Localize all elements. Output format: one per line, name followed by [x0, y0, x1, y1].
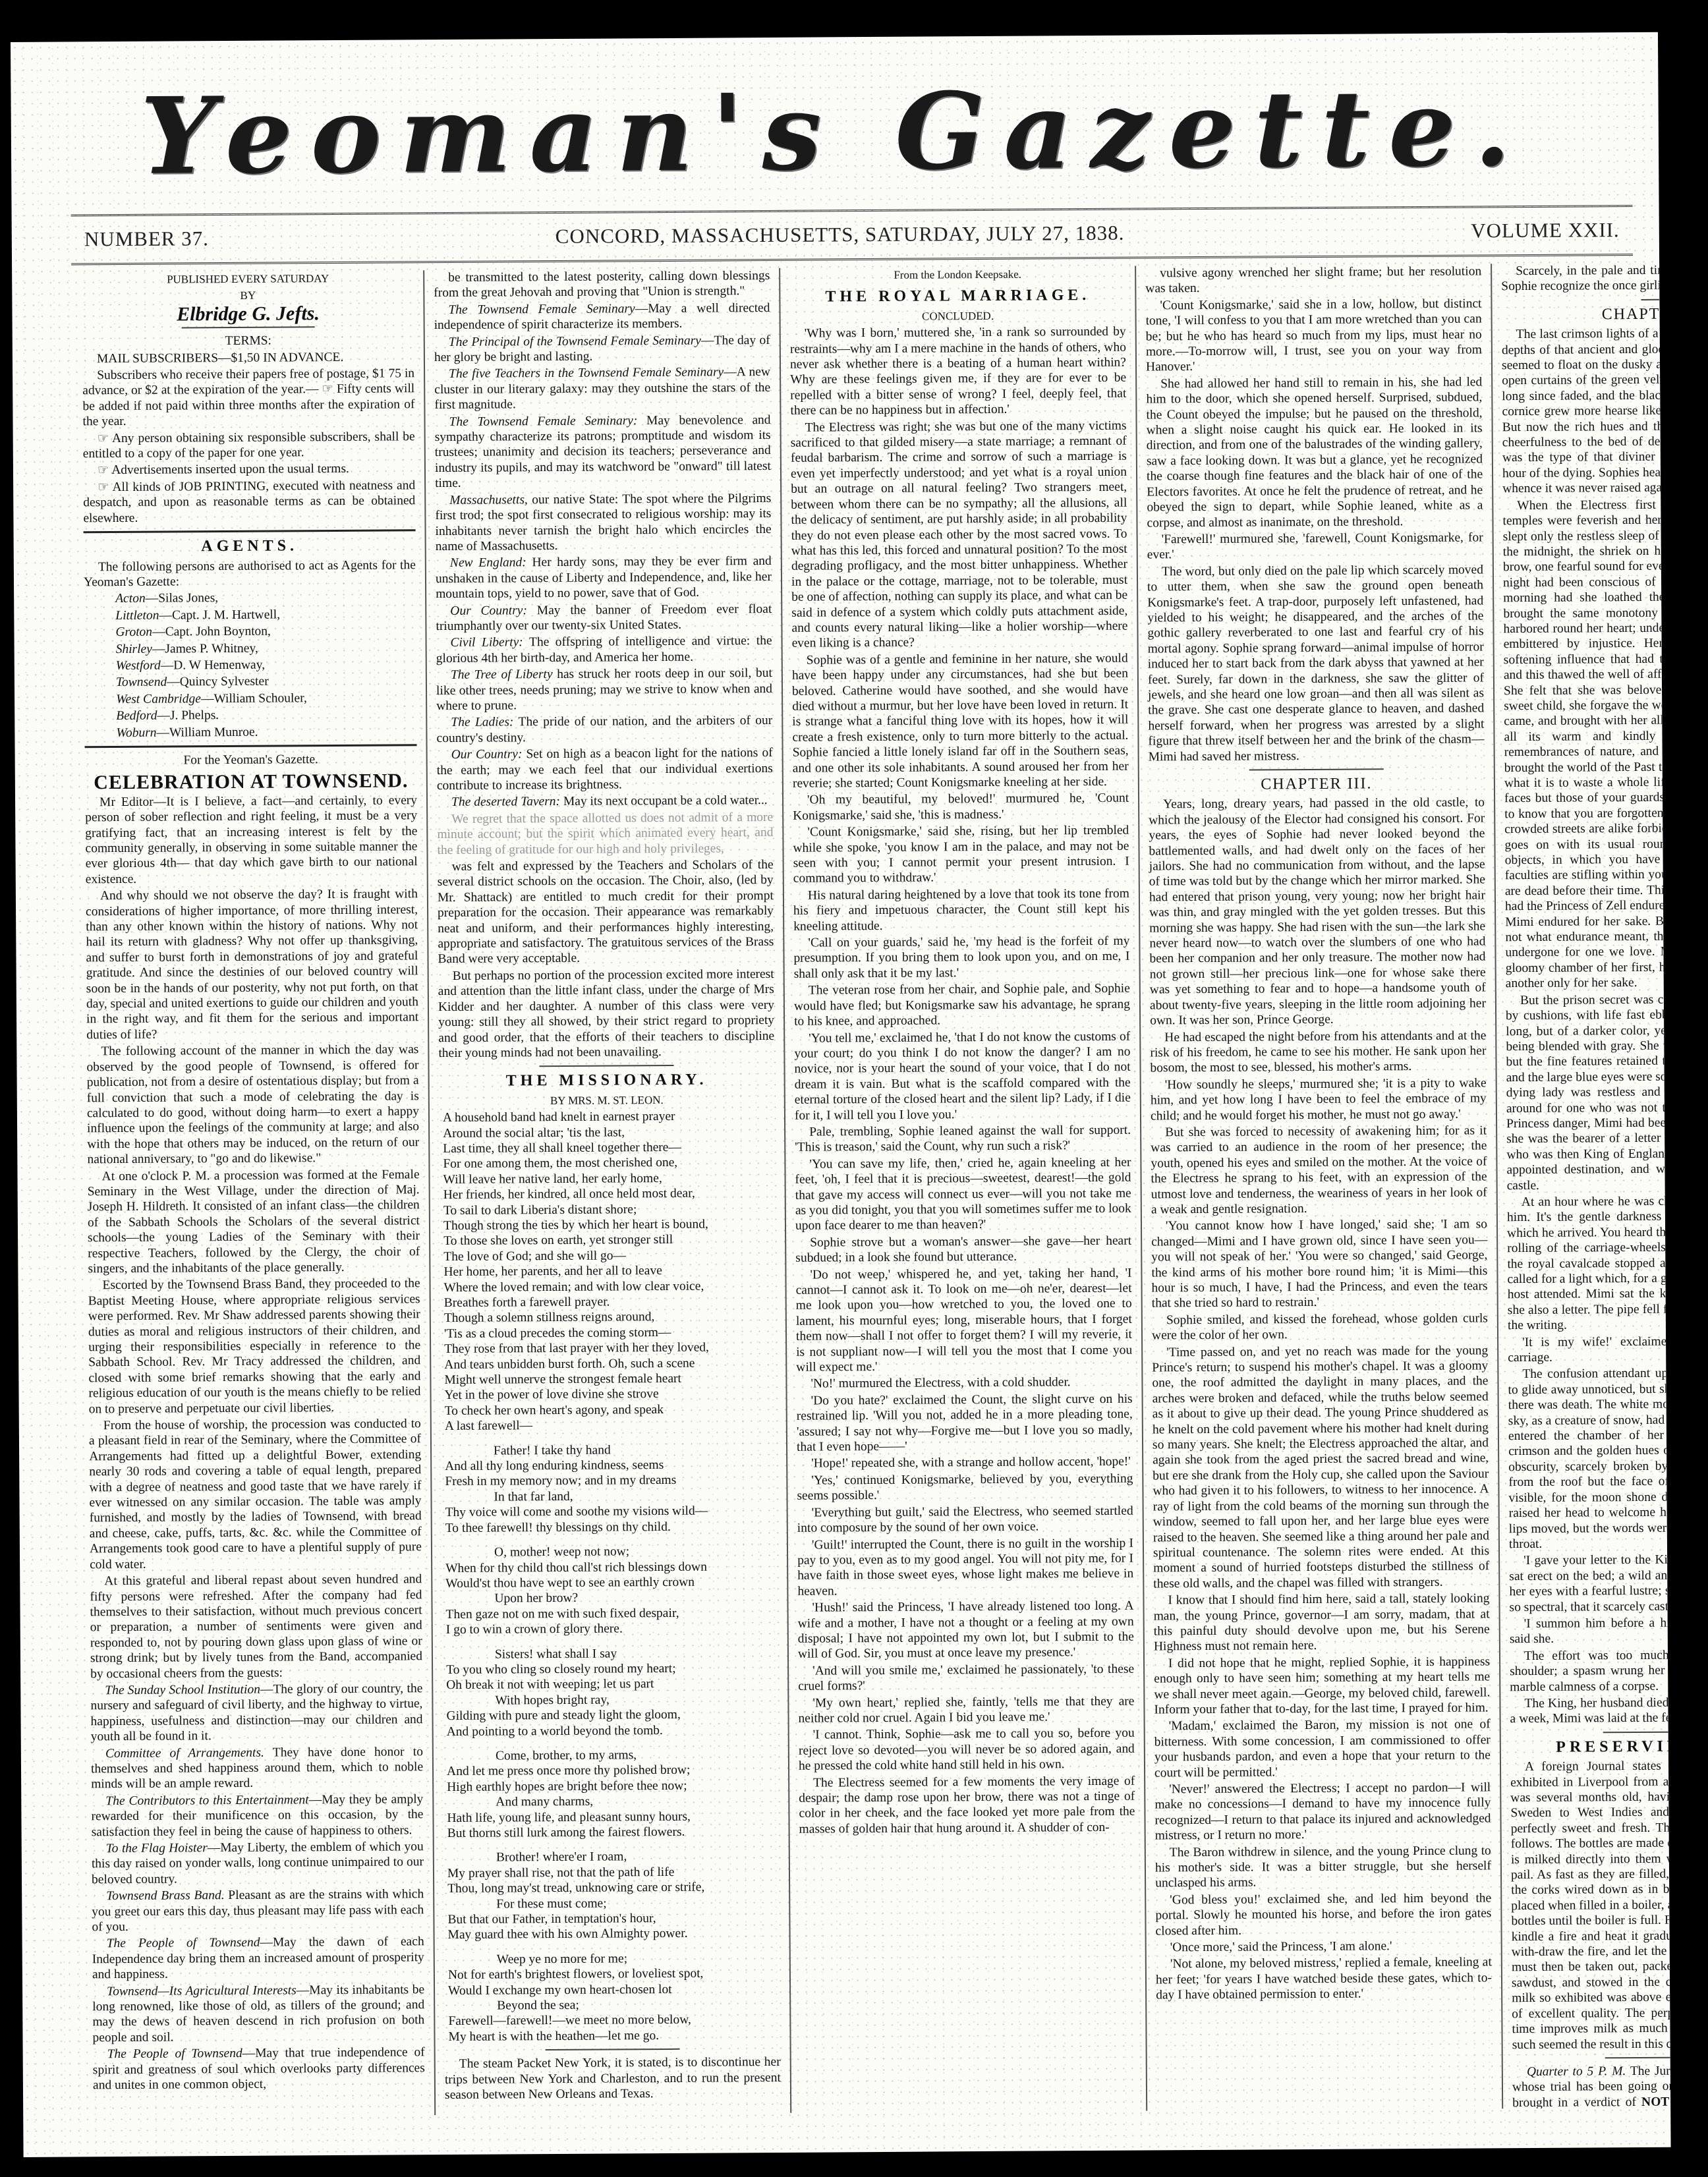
paragraph: Pale, trembling, Sophie leaned against t… [795, 1123, 1131, 1156]
paragraph: Around the social altar; 'tis the last, [439, 1123, 775, 1141]
paragraph: vulsive agony wrenched her slight frame;… [1145, 264, 1481, 297]
agent-town: Littleton [115, 608, 159, 622]
verse-line: With hopes bright ray, [442, 1691, 778, 1709]
poem-author: BY MRS. M. ST. LEON. [439, 1092, 775, 1110]
faded-paragraph: We regret that the space allotted us doe… [437, 810, 773, 858]
verse-line: I go to win a crown of glory there. [442, 1620, 778, 1638]
paragraph: 'Count Konigsmarke,' said she in a low, … [1145, 296, 1482, 375]
paragraph: 'My own heart,' replied she, faintly, 't… [798, 1693, 1134, 1726]
paragraph: 'You tell me,' exclaimed he, 'that I do … [794, 1029, 1131, 1123]
paragraph: She had allowed her hand still to remain… [1146, 374, 1483, 530]
columns: PUBLISHED EVERY SATURDAY BY Elbridge G. … [72, 263, 1652, 2117]
divider [85, 744, 417, 748]
paragraph: To sail to dark Liberia's distant shore; [440, 1201, 776, 1219]
agent-entry: Littleton—Capt. J. M. Hartwell, [84, 606, 416, 623]
toast-lead: The deserted Tavern: [451, 795, 560, 809]
paragraph: was felt and expressed by the Teachers a… [438, 857, 774, 967]
verse-line: O, mother! weep not now; [441, 1543, 778, 1561]
agent-entry: West Cambridge—William Schouler, [84, 690, 416, 707]
chapter-4-text: The last crimson lights of a summer suns… [1502, 325, 1671, 1727]
verse-line: For these must come; [443, 1895, 780, 1913]
verse-line: And let me press once more thy polished … [443, 1762, 779, 1780]
paragraph: Escorted by the Townsend Brass Band, the… [88, 1276, 420, 1417]
paragraph: 'How soundly he sleeps,' murmured she; '… [1151, 1075, 1487, 1123]
agent-name: William Schouler, [213, 691, 307, 706]
agent-town: Shirley [116, 642, 152, 656]
paragraph: A last farewell— [441, 1417, 777, 1434]
paragraph: 'Madam,' exclaimed the Baron, my mission… [1154, 1717, 1491, 1781]
publisher-name: Elbridge G. Jefts. [82, 305, 414, 322]
paragraph: The following account of the manner in w… [86, 1042, 419, 1168]
paragraph: They rose from that last prayer with her… [440, 1340, 776, 1357]
paragraph: Where the loved remain; and with low cle… [440, 1278, 776, 1296]
agent-entry: Acton—Silas Jones, [84, 590, 416, 607]
paragraph: To check her own heart's agony, and spea… [441, 1401, 777, 1419]
newspaper-page: Yeoman's Gazette. NUMBER 37. CONCORD, MA… [11, 32, 1671, 2157]
paragraph: Sophie smiled, and kissed the forehead, … [1152, 1311, 1488, 1343]
toast-lead: To the Flag Hoister [106, 1841, 208, 1855]
verse-line: High earthly hopes are bright before the… [443, 1778, 779, 1795]
poem-title: THE MISSIONARY. [439, 1072, 775, 1090]
paragraph: When the Electress first rested on that … [1502, 496, 1670, 992]
toast-item: To the Flag Hoister—May Liberty, the emb… [92, 1839, 424, 1887]
paragraph: Though a solemn stillness reigns around, [440, 1309, 776, 1326]
royal-marriage-text: 'Why was I born,' muttered she, 'in a ra… [790, 324, 1135, 1837]
verse-line: Would I exchange my own heart-chosen lot [444, 1981, 780, 1999]
paragraph: ☞ Any person obtaining six responsible s… [83, 429, 415, 462]
celebration-article: Mr Editor—It is I believe, a fact—and ce… [85, 793, 422, 1682]
milk-article: A foreign Journal states that some milk … [1510, 1757, 1671, 2052]
paragraph: But the prison secret was closing. Sophi… [1506, 991, 1671, 1193]
paragraph: 'I gave your letter to the King,' whispe… [1509, 1552, 1671, 1615]
toast-lead: Townsend Brass Band. [106, 1888, 224, 1903]
toast-item: The Tree of Liberty has struck her roots… [436, 665, 772, 714]
agent-name: Quincy Sylvester [180, 675, 269, 689]
toast-item: The Principal of the Townsend Female Sem… [434, 333, 770, 366]
story-source: From the London Keepsake. [789, 266, 1125, 284]
dateline: NUMBER 37. CONCORD, MASSACHUSETTS, SATUR… [84, 218, 1620, 251]
toast-lead: The People of Townsend [107, 2047, 242, 2061]
toast-lead: Our Country: [451, 747, 523, 762]
agents-list: Acton—Silas Jones,Littleton—Capt. J. M. … [84, 590, 416, 741]
toast-item: Massachusetts, our native State: The spo… [435, 491, 772, 555]
verdict: NOT GUILTY [1641, 2095, 1671, 2108]
agent-town: Bedford [116, 709, 157, 723]
paragraph: ☞ Advertisements inserted upon the usual… [83, 461, 415, 478]
terms-heading: TERMS: [82, 332, 414, 349]
verse-line: And many charms, [443, 1793, 779, 1811]
toast-lead: The Townsend Female Seminary [448, 302, 635, 317]
paragraph: Years, long, dreary years, had passed in… [1149, 795, 1486, 1029]
jury-note: Quarter to 5 P. M. The Jury in the case … [1512, 2062, 1671, 2108]
verse-line: But that our Father, in temptation's hou… [443, 1910, 780, 1928]
toast-lead: The Contributors to this Entertainment [105, 1793, 309, 1808]
verse-line: To you who cling so closely round my hea… [442, 1660, 778, 1678]
column-3: From the London Keepsake. THE ROYAL MARR… [779, 266, 1146, 2113]
agent-name: Silas Jones, [158, 591, 218, 606]
paragraph: The King, her husband died at the same h… [1510, 1694, 1670, 1727]
toast-lead: The Ladies: [451, 716, 513, 730]
story-subtitle: CONCLUDED. [789, 307, 1125, 325]
divider [546, 2049, 680, 2050]
toast-item: Townsend—Its Agricultural Interests—May … [92, 1982, 425, 2046]
volume-number: VOLUME XXII. [1471, 218, 1620, 242]
agent-town: Townsend [116, 675, 167, 689]
paragraph: 'Once more,' said the Princess, 'I am al… [1156, 1938, 1492, 1956]
toast-lead: Civil Liberty: [451, 636, 523, 650]
paragraph: To those she loves on earth, yet stronge… [440, 1231, 776, 1249]
agent-entry: Townsend—Quincy Sylvester [84, 673, 416, 691]
divider [182, 326, 315, 328]
poem-intro: A household band had knelt in earnest pr… [439, 1108, 777, 1434]
agent-entry: Groton—Capt. John Boynton, [84, 623, 416, 640]
toast-item: Committee of Arrangements. They have don… [91, 1744, 423, 1792]
paragraph: Sophie strove but a woman's answer—she g… [795, 1233, 1131, 1266]
paragraph: He had escaped the night before from his… [1150, 1028, 1486, 1076]
toast-item: The Contributors to this Entertainment—M… [91, 1792, 423, 1840]
divider [1603, 1731, 1671, 1733]
verse-line: Then gaze not on me with such fixed desp… [442, 1605, 778, 1623]
verse-line: Sisters! what shall I say [442, 1645, 778, 1662]
article-continuation: be transmitted to the latest posterity, … [434, 268, 770, 301]
paragraph: 'Farewell!' murmured she, 'farewell, Cou… [1147, 530, 1483, 563]
agent-dash: — [201, 692, 214, 706]
celebration-heading: CELEBRATION AT TOWNSEND. [85, 774, 417, 791]
toast-lead: The Principal of the Townsend Female Sem… [449, 333, 701, 349]
steam-packet-note: The steam Packet New York, it is stated,… [445, 2054, 781, 2103]
paragraph: 'Hope!' repeated she, with a strange and… [797, 1454, 1133, 1472]
verse-line: Fresh in my memory now; and in my dreams [441, 1472, 777, 1490]
agent-name: D. W Hemenway, [173, 658, 265, 673]
royal-marriage-continued: vulsive agony wrenched her slight frame;… [1145, 264, 1485, 764]
toast-item: Townsend Brass Band. Pleasant as are the… [92, 1886, 424, 1935]
paragraph: 'Call on your guards,' said he, 'my head… [793, 934, 1129, 982]
chapter-heading: CHAPTER III. [1149, 776, 1485, 793]
paragraph: 'Do you hate?' exclaimed the Count, the … [797, 1391, 1133, 1455]
toast-item: The People of Townsend—May the dawn of e… [92, 1935, 424, 1983]
paragraph: But she was forced to necessity of awake… [1151, 1123, 1487, 1218]
paragraph: And tears unbidden burst forth. Oh, such… [440, 1355, 776, 1373]
for-gazette-line: For the Yeoman's Gazette. [85, 751, 417, 768]
toast-lead: The Townsend Female Seminary: [449, 414, 637, 429]
divider [84, 529, 416, 533]
paragraph: And why should we not observe the day? I… [86, 886, 418, 1042]
toast-item: The Sunday School Institution—The glory … [90, 1681, 423, 1745]
verse-line: Gilding with pure and steady light the g… [442, 1707, 778, 1724]
paragraph: Subscribers who receive their papers fre… [82, 366, 415, 430]
dateline-rule [71, 254, 1633, 265]
toast-item: Our Country: Set on high as a beacon lig… [437, 745, 773, 793]
issue-number: NUMBER 37. [84, 227, 209, 251]
paragraph: Though strong the ties by which her hear… [440, 1216, 776, 1234]
agent-dash: — [161, 658, 174, 672]
chapter-heading: CHAPTER IV. [1502, 306, 1671, 323]
verse-line: And all thy long enduring kindness, seem… [441, 1457, 777, 1475]
agent-name: James P. Whitney, [165, 641, 258, 656]
procession-article: was felt and expressed by the Teachers a… [438, 857, 775, 1061]
paragraph: The effort was too much, and she sank on… [1510, 1647, 1671, 1695]
paragraph: 'Hush!' said the Princess, 'I have alrea… [797, 1598, 1134, 1662]
paragraph: I did not hope that he might, replied So… [1154, 1654, 1491, 1718]
milk-heading: PRESERVING MILK. [1510, 1738, 1671, 1755]
paragraph: The Electress was right; she was but one… [791, 418, 1128, 651]
toast-lead: The five Teachers in the Townsend Female… [449, 366, 724, 382]
agents-heading: AGENTS. [84, 538, 416, 555]
paragraph: At an hour where he was changing horses,… [1507, 1193, 1671, 1334]
paragraph: The confusion attendant upon the illness… [1508, 1365, 1670, 1552]
agent-dash: — [152, 642, 165, 656]
agent-dash: — [157, 709, 170, 723]
agent-entry: Bedford—J. Phelps. [84, 706, 416, 723]
toast-lead: Our Country: [450, 604, 527, 618]
published-line: PUBLISHED EVERY SATURDAY [82, 270, 414, 287]
toast-item: The deserted Tavern: May its next occupa… [437, 793, 773, 810]
paragraph: Her home, her parents, and her all to le… [440, 1262, 776, 1280]
masthead-title: Yeoman's Gazette. [11, 65, 1659, 199]
toast-lead: The People of Townsend [107, 1936, 260, 1950]
agent-entry: Westford—D. W Hemenway, [84, 656, 416, 673]
agent-name: J. Phelps. [170, 708, 219, 722]
story-title: THE ROYAL MARRIAGE. [789, 288, 1125, 306]
paragraph: 'It is my wife!' exclaimed he, sinking b… [1508, 1333, 1671, 1366]
paragraph: Might well unnerve the strongest female … [440, 1371, 776, 1388]
toast-lead: The Tree of Liberty [451, 667, 553, 682]
paragraph: Last time, they all shall kneel together… [439, 1139, 775, 1157]
verse-line: May guard thee with his own Almighty pow… [443, 1925, 780, 1943]
agent-name: Capt. John Boynton, [165, 625, 271, 639]
paragraph: 'Count Konigsmarke,' said she, rising, b… [793, 823, 1129, 887]
verse-line: Beyond the sea; [444, 1996, 780, 2014]
verse-line: Upon her brow? [441, 1589, 778, 1607]
paragraph: The love of God; and she will go— [440, 1247, 776, 1265]
paragraph: Breathes forth a farewell prayer. [440, 1293, 776, 1311]
jury-time: Quarter to 5 P. M. [1527, 2064, 1626, 2079]
toast-lead: New England: [450, 556, 527, 571]
column-5: Scarcely, in the pale and time-worn woma… [1491, 262, 1670, 2108]
column-1: PUBLISHED EVERY SATURDAY BY Elbridge G. … [72, 270, 434, 2117]
poem-stanzas: Father! I take thy handAnd all thy long … [441, 1432, 781, 2045]
agent-dash: — [146, 592, 159, 606]
divider [1249, 768, 1384, 770]
toast-text: May its next occupant be a cold water... [560, 793, 768, 808]
paragraph: The Electress seemed for a few moments t… [799, 1773, 1135, 1837]
toast-item: The Townsend Female Seminary: May benevo… [434, 412, 771, 492]
paragraph: At this grateful and liberal repast abou… [90, 1571, 422, 1682]
terms-list: MAIL SUBSCRIBERS—$1,50 IN ADVANCE.Subscr… [82, 349, 416, 526]
verse-line: In that far land, [441, 1488, 777, 1506]
toast-lead: Massachusetts, [449, 493, 528, 507]
agent-dash: — [152, 625, 165, 639]
verse-line: Father! I take thy hand [441, 1442, 777, 1459]
agent-dash: — [167, 675, 180, 689]
paragraph: 'Tis as a cloud precedes the coming stor… [440, 1324, 776, 1342]
paragraph: 'Yes,' continued Konigsmarke, believed b… [797, 1471, 1133, 1504]
paragraph: At one o'clock P. M. a procession was fo… [87, 1167, 420, 1277]
verse-line: To thee farewell! thy blessings on thy c… [441, 1519, 778, 1537]
paragraph: Will leave her native land, her early ho… [439, 1170, 775, 1188]
agent-dash: — [156, 725, 169, 739]
verse-line: Farewell—farewell!—we meet no more below… [444, 2012, 780, 2029]
paragraph: A household band had knelt in earnest pr… [439, 1108, 775, 1126]
paragraph: 'Do not weep,' whispered he, and yet, ta… [795, 1265, 1132, 1375]
toast-item: The Ladies: The pride of our nation, and… [436, 713, 772, 746]
verse-line: Not for earth's brightest flowers, or lo… [444, 1965, 780, 1983]
toast-item: Our Country: May the banner of Freedom e… [436, 601, 772, 634]
verse-line: Weep ye no more for me; [444, 1950, 780, 1968]
agent-town: Acton [115, 592, 146, 606]
divider [540, 1065, 674, 1067]
paragraph: Her friends, her kindred, all once held … [440, 1185, 776, 1203]
paragraph: I know that I should find him here, said… [1153, 1591, 1490, 1654]
toast-item: The People of Townsend—May that true ind… [93, 2045, 425, 2093]
agent-town: Groton [115, 625, 152, 639]
agent-name: William Munroe. [169, 725, 258, 739]
paragraph: The Baron withdrew in silence, and the y… [1155, 1843, 1491, 1891]
agents-intro: The following persons are authorised to … [84, 557, 416, 590]
verse-line: Would'st thou have wept to see an earthl… [441, 1574, 778, 1592]
paragraph: 'I cannot. Think, Sophie—ask me to call … [799, 1726, 1135, 1774]
paragraph: 'You can save my life, then,' cried he, … [795, 1154, 1131, 1233]
paragraph: Mr Editor—It is I believe, a fact—and ce… [85, 793, 418, 888]
agent-town: West Cambridge [116, 692, 201, 706]
paragraph: 'Everything but guilt,' said the Electre… [797, 1503, 1133, 1536]
toast-item: New England: Her hardy sons, may they be… [436, 553, 772, 602]
agent-town: Woburn [116, 725, 156, 739]
verse-line: Thy voice will come and soothe my vision… [441, 1503, 778, 1521]
paragraph: The word, but only died on the pale lip … [1147, 562, 1485, 764]
verse-line: Brother! where'er I roam, [443, 1848, 780, 1866]
toast-item: The Townsend Female Seminary—May a well … [434, 300, 770, 333]
paragraph: 'And will you smile me,' exclaimed he pa… [798, 1661, 1134, 1694]
chapter-3-end: Scarcely, in the pale and time-worn woma… [1501, 262, 1670, 295]
toasts-list: The Townsend Female Seminary—May a well … [434, 300, 773, 810]
divider [1641, 298, 1671, 300]
paragraph: His natural daring heightened by a love … [793, 886, 1129, 934]
paragraph: 'I summon him before a higher tribunal t… [1510, 1614, 1671, 1647]
place-date: CONCORD, MASSACHUSETTS, SATURDAY, JULY 2… [555, 221, 1125, 248]
verse-line: Come, brother, to my arms, [443, 1747, 779, 1765]
paragraph: 'Guilt!' interrupted the Count, there is… [797, 1535, 1134, 1599]
toast-item: Civil Liberty: The offspring of intellig… [436, 633, 772, 666]
toast-lead: The Sunday School Institution [105, 1683, 260, 1697]
column-4: vulsive agony wrenched her slight frame;… [1135, 264, 1502, 2110]
paragraph: Yet in the power of love divine she stro… [440, 1386, 776, 1403]
verse-line: My prayer shall rise, not that the path … [443, 1864, 780, 1882]
paragraph: MAIL SUBSCRIBERS—$1,50 IN ADVANCE. [82, 349, 414, 366]
verse-line: Hath life, young life, and pleasant sunn… [443, 1809, 779, 1826]
toast-item: The five Teachers in the Townsend Female… [434, 364, 770, 412]
agent-name: Capt. J. M. Hartwell, [172, 608, 280, 622]
chapter-3-text: Years, long, dreary years, had passed in… [1149, 795, 1492, 2003]
verse-line: And pointing to a world beyond the tomb. [443, 1722, 779, 1739]
toast-lead: Townsend—Its Agricultural Interests [107, 1983, 297, 1998]
paragraph: 'You cannot know how I have longed,' sai… [1151, 1217, 1488, 1312]
agent-town: Westford [116, 659, 161, 673]
paragraph: For one among them, the most cherished o… [439, 1154, 775, 1172]
paragraph: 'Oh my beautiful, my beloved!' murmured … [793, 791, 1129, 824]
paragraph: 'Time passed on, and yet no reach was ma… [1152, 1343, 1489, 1592]
paragraph: 'God bless you!' exclaimed she, and led … [1155, 1890, 1491, 1938]
column-2: be transmitted to the latest posterity, … [423, 268, 790, 2115]
verse-line: When for thy child thou call'st rich ble… [441, 1558, 778, 1576]
masthead-rule [71, 205, 1633, 216]
paragraph: 'Not alone, my beloved mistress,' replie… [1156, 1955, 1492, 2003]
paragraph: From the house of worship, the processio… [89, 1416, 422, 1572]
agent-entry: Woburn—William Munroe. [84, 723, 416, 741]
agent-dash: — [159, 608, 172, 622]
paragraph: But perhaps no portion of the procession… [438, 967, 775, 1061]
verse-line: But thorns still lurk among the fairest … [443, 1824, 780, 1842]
verse-line: Thou, long may'st tread, unknowing care … [443, 1879, 780, 1897]
paragraph: 'Never!' answered the Electress; I accep… [1154, 1780, 1491, 1844]
milk-text: A foreign Journal states that some milk … [1510, 1758, 1670, 2051]
agent-entry: Shirley—James P. Whitney, [84, 640, 416, 657]
verse-line: Oh break it not with weeping; let us par… [442, 1676, 778, 1693]
paragraph: The last crimson lights of a summer suns… [1502, 325, 1671, 497]
divider [1605, 2056, 1671, 2058]
paragraph: 'Why was I born,' muttered she, 'in a ra… [790, 324, 1127, 419]
paragraph: ☞ All kinds of JOB PRINTING, executed wi… [83, 478, 415, 526]
paragraph: The veteran rose from her chair, and Sop… [794, 981, 1130, 1029]
toast-lead: Committee of Arrangements. [105, 1745, 264, 1760]
toasts-list: The Sunday School Institution—The glory … [90, 1681, 425, 2093]
verse-line: My heart is with the heathen—let me go. [444, 2027, 780, 2045]
paragraph: 'No!' murmured the Electress, with a col… [796, 1374, 1132, 1392]
by-line: BY [82, 287, 414, 304]
paragraph: Sophie was of a gentle and feminine in h… [792, 650, 1129, 791]
